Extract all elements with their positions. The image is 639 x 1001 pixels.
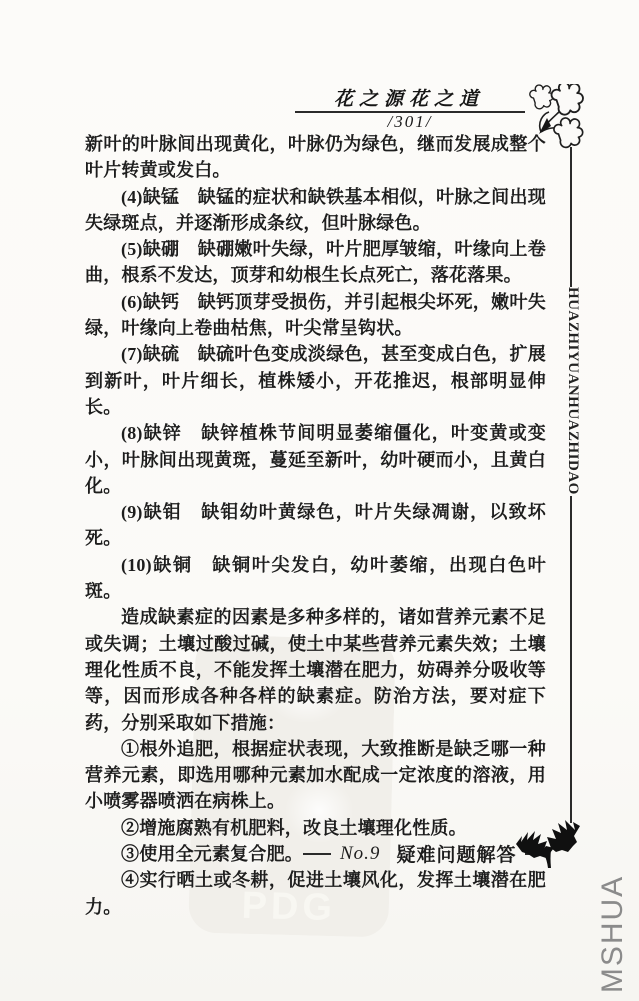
paragraph: (9)缺钼 缺钼幼叶黄绿色，叶片失绿凋谢，以致坏死。 <box>85 499 546 552</box>
page-number: /301/ <box>295 112 525 132</box>
paragraph: (8)缺锌 缺锌植株节间明显萎缩僵化，叶变黄或变小，叶脉间出现黄斑，蔓延至新叶，… <box>85 420 546 499</box>
body-text: 新叶的叶脉间出现黄化，叶脉仍为绿色，继而发展成整个叶片转黄或发白。 (4)缺锰 … <box>85 131 546 920</box>
plant-icon <box>510 810 586 876</box>
right-margin-rule-top <box>570 147 572 287</box>
paragraph: ④实行晒土或冬耕，促进土壤风化，发挥土壤潜在肥力。 <box>85 867 546 920</box>
footer-section-title: 疑难问题解答 <box>396 840 516 867</box>
paragraph: (10)缺铜 缺铜叶尖发白，幼叶萎缩，出现白色叶斑。 <box>85 552 546 605</box>
paragraph: 造成缺素症的因素是多种多样的，诸如营养元素不足或失调；土壤过酸过碱，使土中某些营… <box>85 604 546 735</box>
paragraph: 新叶的叶脉间出现黄化，叶脉仍为绿色，继而发展成整个叶片转黄或发白。 <box>85 131 546 184</box>
vertical-book-title: HUAZHIYUANHUAZHIDAO <box>561 287 581 495</box>
book-page: 花之源花之道 /301/ HUAZHIYUANHUAZHIDA <box>0 0 639 1001</box>
paragraph: (5)缺硼 缺硼嫩叶失绿，叶片肥厚皱缩，叶缘向上卷曲，根系不发达，顶芽和幼根生长… <box>85 236 546 289</box>
paragraph: (7)缺硫 缺硫叶色变成淡绿色，甚至变成白色，扩展到新叶，叶片细长，植株矮小，开… <box>85 341 546 420</box>
paragraph: ②增施腐熟有机肥料，改良土壤理化性质。 <box>85 815 546 841</box>
paragraph: ①根外追肥，根据症状表现，大致推断是缺乏哪一种营养元素，即选用哪种元素加水配成一… <box>85 736 546 815</box>
footer-left-dash <box>303 853 331 855</box>
paragraph: (6)缺钙 缺钙顶芽受损伤，并引起根尖坏死，嫩叶失绿，叶缘向上卷曲枯焦，叶尖常呈… <box>85 289 546 342</box>
footer-section-number: No.9 <box>340 843 380 865</box>
page-header-title: 花之源花之道 <box>293 84 525 111</box>
mshua-watermark: MSHUA <box>553 874 639 994</box>
paragraph: (4)缺锰 缺锰的症状和缺铁基本相似，叶脉之间出现失绿斑点，并逐渐形成条纹，但叶… <box>85 184 546 237</box>
right-margin-rule-bottom <box>570 496 572 823</box>
